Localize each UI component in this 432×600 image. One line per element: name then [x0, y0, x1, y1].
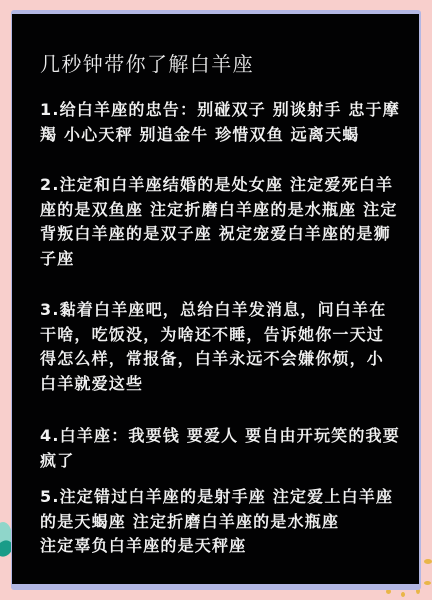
yellow-dot-decoration	[424, 559, 432, 564]
section-2: 2.注定和白羊座结婚的是处女座 注定爱死白羊 座的是双鱼座 注定折磨白羊座的是水…	[40, 173, 390, 271]
section-line: 4.白羊座：我要钱 要爱人 要自由开玩笑的我要	[40, 424, 390, 449]
section-line: 座的是双鱼座 注定折磨白羊座的是水瓶座 注定	[40, 198, 390, 223]
section-line: 5.注定错过白羊座的是射手座 注定爱上白羊座	[40, 485, 390, 510]
section-3: 3.黏着白羊座吧，总给白羊发消息，问白羊在 干啥，吃饭没，为啥还不睡，告诉她你一…	[40, 298, 390, 396]
section-5: 5.注定错过白羊座的是射手座 注定爱上白羊座 的是天蝎座 注定折磨白羊座的是水瓶…	[40, 485, 390, 559]
section-line: 3.黏着白羊座吧，总给白羊发消息，问白羊在	[40, 298, 390, 323]
section-line: 子座	[40, 247, 390, 272]
section-line: 背叛白羊座的是双子座 祝定宠爱白羊座的是狮	[40, 222, 390, 247]
section-line: 的是天蝎座 注定折磨白羊座的是水瓶座	[40, 510, 390, 535]
post-title: 几秒钟带你了解白羊座	[40, 50, 254, 78]
section-4: 4.白羊座：我要钱 要爱人 要自由开玩笑的我要 疯了	[40, 424, 390, 473]
section-line: 白羊就爱这些	[40, 372, 390, 397]
section-1: 1.给白羊座的忠告：别碰双子 别谈射手 忠于摩 羯 小心天秤 别追金牛 珍惜双鱼…	[40, 98, 390, 147]
section-line: 1.给白羊座的忠告：别碰双子 别谈射手 忠于摩	[40, 98, 390, 123]
section-line: 羯 小心天秤 别追金牛 珍惜双鱼 远离天蝎	[40, 123, 390, 148]
section-line: 注定辜负白羊座的是天秤座	[40, 534, 390, 559]
yellow-dot-decoration	[424, 581, 431, 585]
section-line: 疯了	[40, 449, 390, 474]
section-line: 得怎么样，常报备，白羊永远不会嫌你烦，小	[40, 347, 390, 372]
section-line: 2.注定和白羊座结婚的是处女座 注定爱死白羊	[40, 173, 390, 198]
yellow-dot-decoration	[401, 592, 405, 597]
section-line: 干啥，吃饭没，为啥还不睡，告诉她你一天过	[40, 323, 390, 348]
